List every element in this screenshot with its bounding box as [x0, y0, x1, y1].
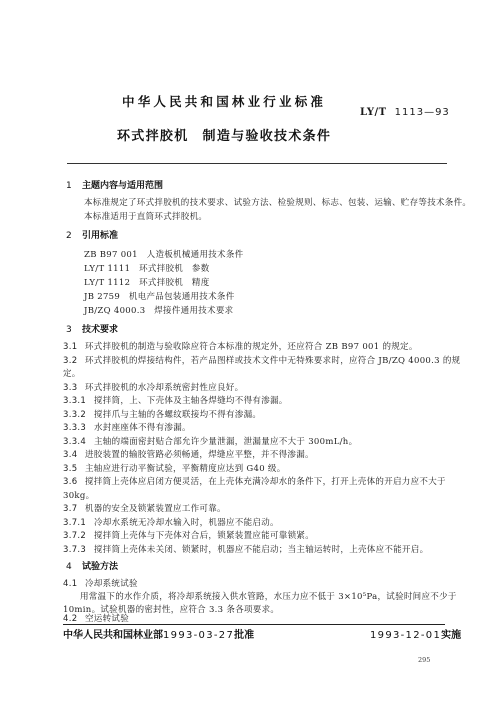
clause-3-2-cont: 定。: [63, 367, 81, 379]
effective-line: 1993-12-01实施: [370, 626, 461, 641]
standard-number: 1113—93: [395, 107, 450, 118]
clause-3-3-2: 3.3.2搅拌爪与主轴的各螺纹联接均不得有渗漏。: [63, 408, 261, 420]
section-2-heading: 2引用标准: [66, 228, 118, 241]
clause-3-3-1: 3.3.1搅拌筒，上、下壳体及主轴各焊缝均不得有渗漏。: [63, 394, 288, 406]
clause-3-1: 3.1环式拌胶机的制造与验收除应符合本标准的规定外，还应符合 ZB B97 00…: [63, 340, 418, 352]
approve-date: 1993-03-27: [163, 630, 234, 641]
section-3-heading: 3技术要求: [66, 322, 118, 335]
clause-3-7-2: 3.7.2搅拌筒上壳体与下壳体对合后，锁紧装置应能可靠锁紧。: [63, 529, 314, 541]
reference-item: LY/T 1112 环式拌胶机 精度: [84, 276, 210, 288]
clause-3-4: 3.4进胶装置的输胶管路必须畅通，焊缝应平整，并不得渗漏。: [63, 448, 314, 460]
effective-date: 1993-12-01: [370, 630, 441, 641]
section-4-heading: 4试验方法: [66, 559, 118, 572]
clause-4-1-heading: 4.1冷却系统试验: [63, 577, 138, 589]
approve-label: 批准: [234, 630, 254, 641]
issuer-heading: 中华人民共和国林业行业标准: [122, 92, 326, 110]
clause-3-7-1: 3.7.1冷却水系统无冷却水输入时，机器应不能启动。: [63, 516, 279, 528]
section-1-heading: 1主题内容与适用范围: [66, 178, 163, 191]
title-part-1: 环式拌胶机: [117, 129, 189, 144]
clause-3-6-cont: 30kg。: [63, 489, 94, 501]
reference-item: JB/ZQ 4000.3 焊接件通用技术要求: [84, 304, 233, 316]
clause-3-3-3: 3.3.3水封座座体不得有渗漏。: [63, 421, 191, 433]
section-1-para-1: 本标准规定了环式拌胶机的技术要求、试验方法、检验规则、标志、包装、运输、贮存等技…: [84, 196, 471, 208]
document-title: 环式拌胶机制造与验收技术条件: [117, 125, 331, 144]
clause-4-2-heading: 4.2空运转试验: [63, 612, 129, 624]
clause-4-1-para: 用常温下的水作介质，将冷却系统接入供水管路，水压力应不低于 3×10⁵Pa，试验…: [80, 590, 457, 602]
clause-3-2: 3.2环式拌胶机的焊接结构件，若产品图样或技术文件中无特殊要求时，应符合 JB/…: [63, 354, 460, 366]
title-part-2: 制造与验收技术条件: [203, 129, 332, 144]
approver: 中华人民共和国林业部: [63, 630, 163, 641]
reference-item: LY/T 1111 环式拌胶机 参数: [84, 262, 210, 274]
standard-code: LY/T1113—93: [360, 107, 450, 118]
clause-3-7: 3.7机器的安全及锁紧装置应工作可靠。: [63, 502, 226, 514]
clause-3-7-3: 3.7.3搅拌筒上壳体未关闭、锁紧时，机器应不能启动；当主轴运转时，上壳体应不能…: [63, 543, 428, 555]
approval-line: 中华人民共和国林业部1993-03-27批准: [63, 626, 254, 641]
clause-3-3-4: 3.3.4主轴的端面密封贴合部允许少量泄漏，泄漏量应不大于 300mL/h。: [63, 435, 357, 447]
page-number: 295: [418, 656, 430, 664]
standard-prefix: LY/T: [360, 107, 387, 118]
clause-3-6: 3.6搅拌筒上壳体应启闭方便灵活，在上壳体充满冷却水的条件下，打开上壳体的开启力…: [63, 475, 446, 487]
header-divider: [67, 163, 447, 164]
clause-3-3: 3.3环式拌胶机的水冷却系统密封性应良好。: [63, 381, 243, 393]
reference-item: JB 2759 机电产品包装通用技术条件: [84, 290, 235, 302]
reference-item: ZB B97 001 人造板机械通用技术条件: [84, 248, 243, 260]
clause-3-5: 3.5主轴应进行动平衡试验，平衡精度应达到 G40 级。: [63, 462, 286, 474]
effective-label: 实施: [441, 630, 461, 641]
section-1-para-2: 本标准适用于直筒环式拌胶机。: [84, 210, 207, 222]
